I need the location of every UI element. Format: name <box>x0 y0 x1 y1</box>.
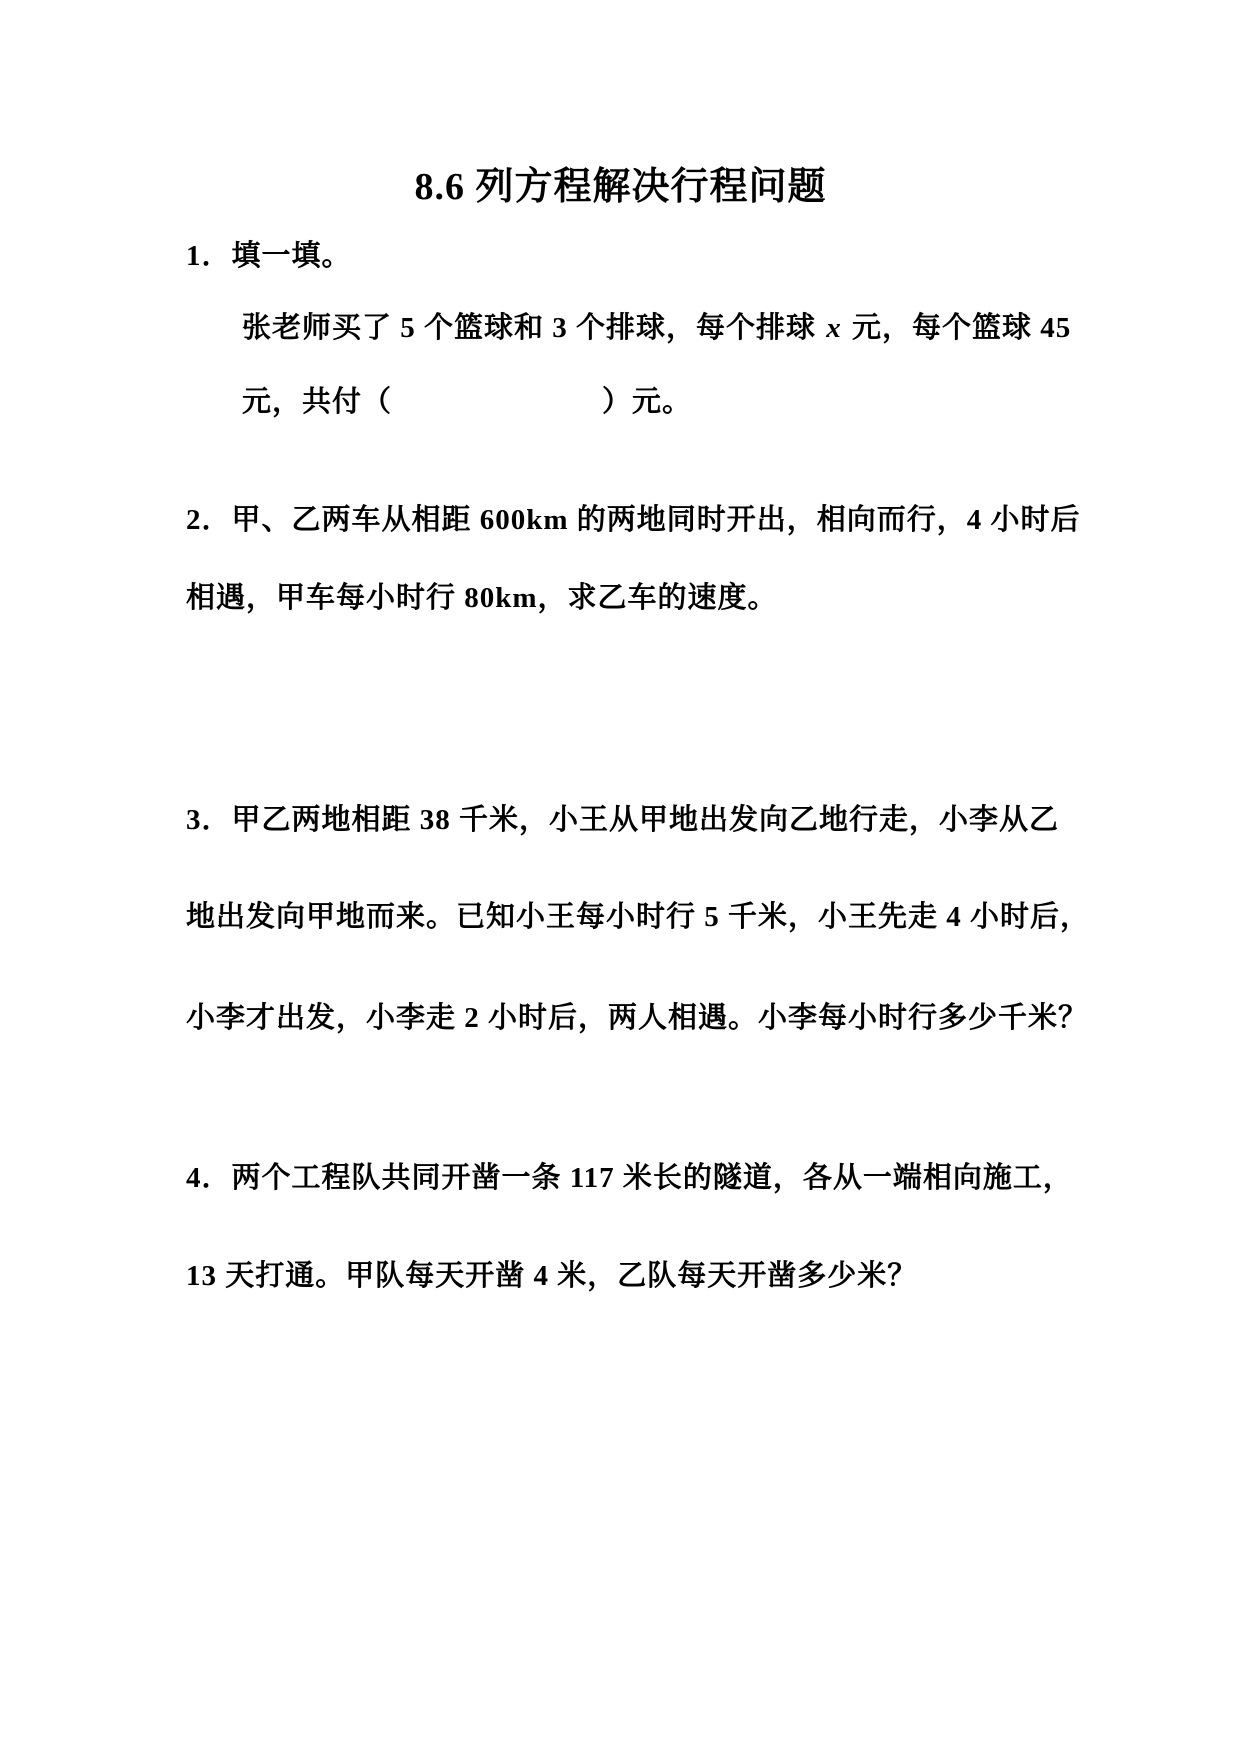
problem-4-text-line-1: 4．两个工程队共同开凿一条 117 米长的隧道，各从一端相向施工， <box>186 1160 1073 1196</box>
problem-1-heading: 1．填一填。 <box>186 238 352 274</box>
problem-1-text-segment-2: 元，每个篮球 45 <box>844 312 1072 344</box>
variable-x: x <box>824 312 844 344</box>
problem-1-text-segment-1: 张老师买了 5 个篮球和 3 个排球，每个排球 <box>242 312 824 344</box>
problem-2-text-line-1: 2．甲、乙两车从相距 600km 的两地同时开出，相向而行，4 小时后 <box>186 502 1081 538</box>
page-title: 8.6 列方程解决行程问题 <box>0 155 1241 210</box>
problem-1-text-line-1: 张老师买了 5 个篮球和 3 个排球，每个排球 x 元，每个篮球 45 <box>242 310 1071 346</box>
problem-3-text-line-2: 地出发向甲地而来。已知小王每小时行 5 千米，小王先走 4 小时后， <box>186 899 1090 935</box>
problem-2-text-line-2: 相遇，甲车每小时行 80km，求乙车的速度。 <box>186 580 778 616</box>
problem-3-text-line-3: 小李才出发，小李走 2 小时后，两人相遇。小李每小时行多少千米？ <box>186 1000 1088 1036</box>
problem-1-text-line-2-fill-blank: 元，共付（ ）元。 <box>242 384 692 420</box>
problem-4-text-line-2: 13 天打通。甲队每天开凿 4 米，乙队每天开凿多少米？ <box>186 1258 917 1294</box>
worksheet-page: 8.6 列方程解决行程问题 1．填一填。 张老师买了 5 个篮球和 3 个排球，… <box>0 0 1241 1754</box>
problem-3-text-line-1: 3．甲乙两地相距 38 千米，小王从甲地出发向乙地行走，小李从乙 <box>186 802 1059 838</box>
